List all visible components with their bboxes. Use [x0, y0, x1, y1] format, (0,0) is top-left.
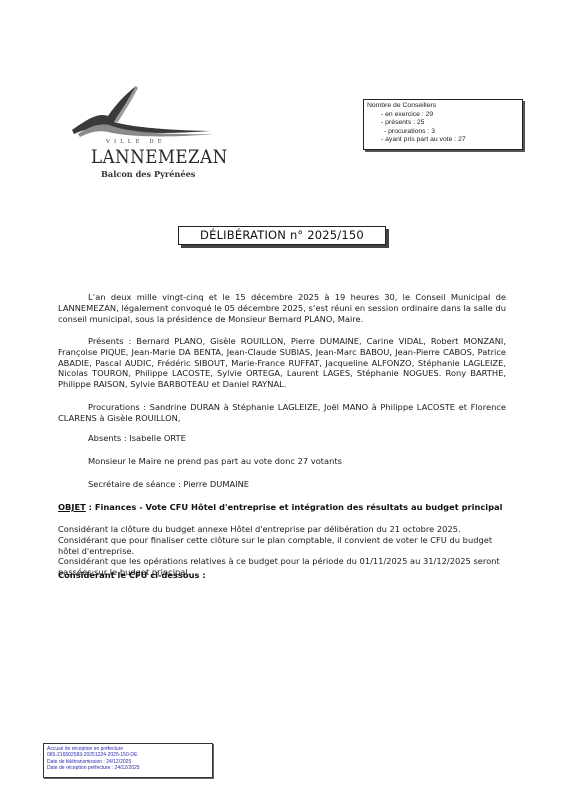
- procurations-paragraph: Procurations : Sandrine DURAN à Stéphani…: [58, 402, 506, 424]
- considerant-1: Considérant la clôture du budget annexe …: [58, 524, 506, 535]
- deliberation-title: DÉLIBÉRATION n° 2025/150: [178, 226, 386, 245]
- city-logo: VILLE DE LANNEMEZAN Balcon des Pyrénées: [68, 82, 218, 182]
- council-ayant-pris-part: - ayant pris part au vote : 27: [367, 136, 522, 145]
- objet-line: OBJET : Finances - Vote CFU Hôtel d'entr…: [58, 502, 503, 512]
- intro-paragraph: L’an deux mille vingt-cinq et le 15 déce…: [58, 292, 506, 324]
- logo-city-name: LANNEMEZAN: [91, 146, 228, 168]
- council-count-box: Nombre de Conseillers - en exercice : 29…: [363, 99, 523, 150]
- considerant-2: Considérant que pour finaliser cette clô…: [58, 535, 506, 557]
- receipt-line-4: Date de réception préfecture : 24/12/202…: [47, 765, 212, 771]
- secretaire-line: Secrétaire de séance : Pierre DUMAINE: [88, 479, 249, 489]
- considerant-cfu: Considérant le CFU ci-dessous :: [58, 570, 206, 580]
- council-heading: Nombre de Conseillers: [367, 102, 522, 111]
- logo-tagline: Balcon des Pyrénées: [101, 169, 195, 179]
- presents-paragraph: Présents : Bernard PLANO, Gisèle ROUILLO…: [58, 336, 506, 390]
- council-procurations: - procurations : 3: [367, 128, 522, 137]
- logo-ville-de: VILLE DE: [106, 139, 166, 145]
- objet-text: : Finances - Vote CFU Hôtel d'entreprise…: [86, 502, 503, 512]
- absents-line: Absents : Isabelle ORTE: [88, 433, 186, 443]
- objet-label: OBJET: [58, 502, 86, 512]
- council-presents: - présents : 25: [367, 119, 522, 128]
- council-en-exercice: - en exercice : 29: [367, 111, 522, 120]
- mountain-logo-icon: [68, 82, 218, 142]
- maire-note-line: Monsieur le Maire ne prend pas part au v…: [88, 456, 342, 466]
- prefecture-receipt-stamp: Accusé de réception en préfecture 065-21…: [43, 743, 213, 778]
